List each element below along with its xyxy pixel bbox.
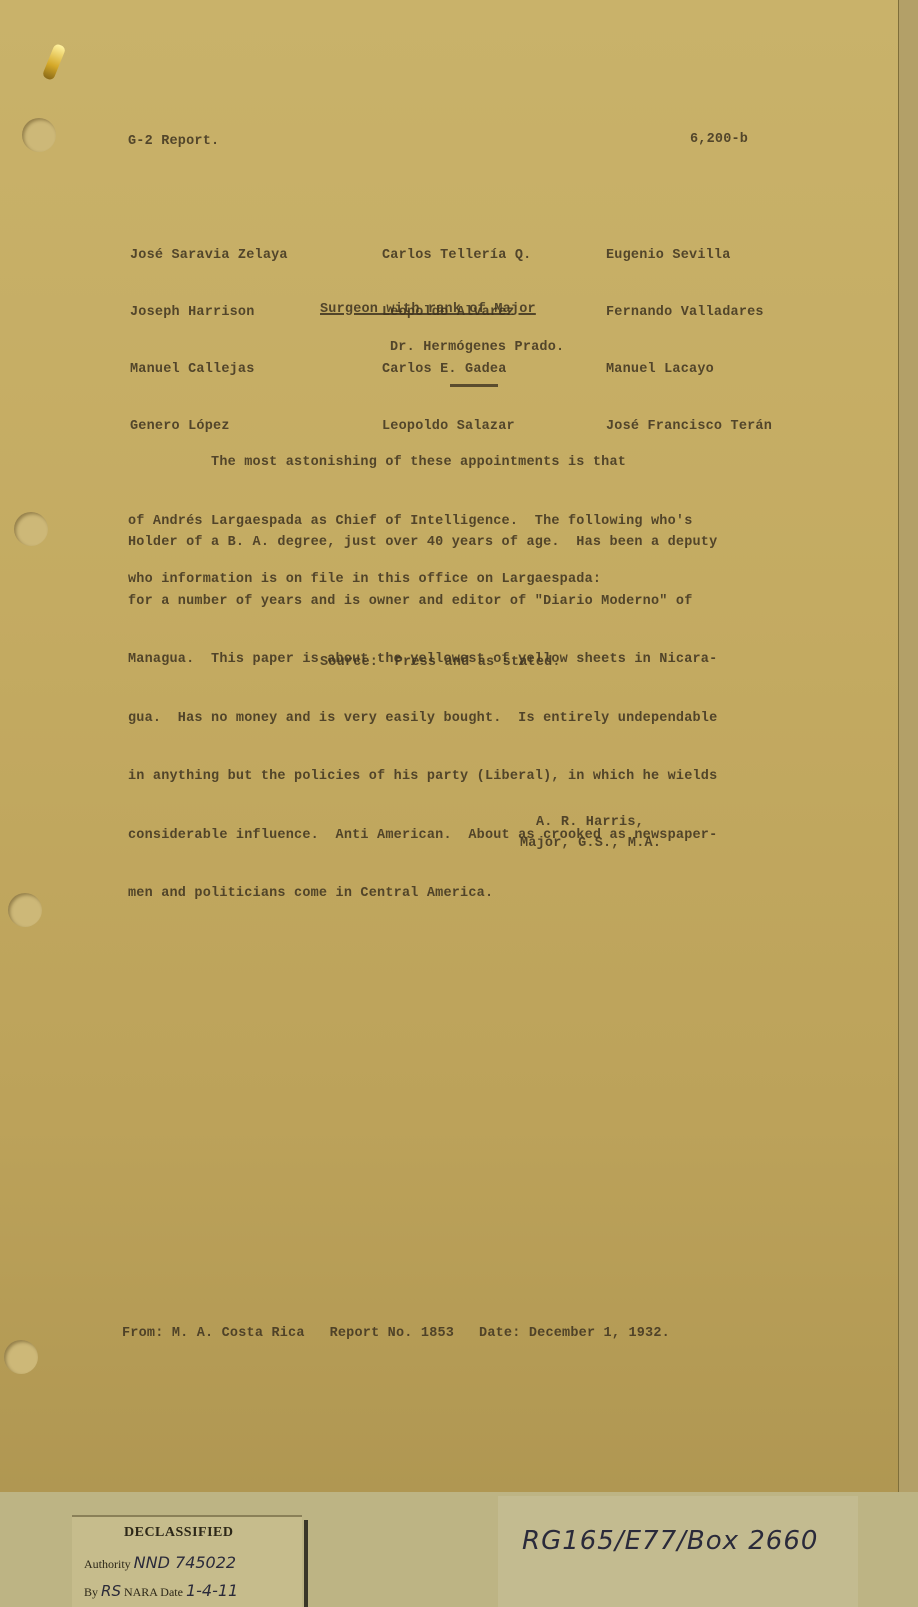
authority-label: Authority: [84, 1557, 131, 1571]
declassified-stamp: DECLASSIFIED Authority NND 745022 By RS …: [72, 1515, 302, 1607]
punch-hole-icon: [4, 1340, 38, 1374]
name-entry: Carlos E. Gadea: [382, 360, 531, 379]
punch-hole-icon: [8, 893, 42, 927]
stamp-by: By RS NARA Date 1-4-11: [84, 1581, 238, 1600]
authority-value: NND 745022: [134, 1553, 236, 1572]
source-line: Source: Press and as stated.: [320, 655, 561, 670]
text-line: in anything but the policies of his part…: [128, 767, 828, 787]
signature-name: A. R. Harris,: [536, 815, 644, 830]
separator-dash: [450, 384, 498, 387]
report-label: Report No.: [330, 1326, 413, 1341]
report-number: 1853: [421, 1326, 454, 1341]
by-label: By: [84, 1585, 98, 1599]
stamp-authority: Authority NND 745022: [84, 1553, 236, 1572]
signature-title: Major, G.S., M.A.: [520, 836, 661, 851]
footer-line: From: M. A. Costa Rica Report No. 1853 D…: [122, 1326, 670, 1341]
by-value: RS: [101, 1582, 121, 1600]
name-entry: José Saravia Zelaya: [130, 246, 288, 265]
name-entry: Fernando Valladares: [606, 303, 772, 322]
date-label: Date:: [479, 1326, 521, 1341]
from-label: From:: [122, 1326, 164, 1341]
date-value: December 1, 1932.: [529, 1326, 670, 1341]
name-entry: Joseph Harrison: [130, 303, 288, 322]
text-line: men and politicians come in Central Amer…: [128, 884, 828, 904]
surgeon-name: Dr. Hermógenes Prado.: [390, 340, 564, 355]
text-line: for a number of years and is owner and e…: [128, 592, 828, 612]
from-value: M. A. Costa Rica: [172, 1326, 305, 1341]
name-entry: Manuel Lacayo: [606, 360, 772, 379]
archive-reference: RG165/E77/Box 2660: [522, 1526, 818, 1556]
section-heading: Surgeon with rank of Major: [320, 302, 536, 317]
punch-hole-icon: [14, 512, 48, 546]
text-line: Holder of a B. A. degree, just over 40 y…: [128, 533, 828, 553]
text-line: considerable influence. Anti American. A…: [128, 826, 828, 846]
name-entry: Carlos Tellería Q.: [382, 246, 531, 265]
file-number: 6,200-b: [690, 132, 748, 147]
report-type: G-2 Report.: [128, 134, 219, 149]
name-entry: Eugenio Sevilla: [606, 246, 772, 265]
nara-date-value: 1-4-11: [186, 1581, 238, 1600]
name-entry: Manuel Callejas: [130, 360, 288, 379]
punch-hole-icon: [22, 118, 56, 152]
stamp-title: DECLASSIFIED: [124, 1525, 233, 1541]
text-line: The most astonishing of these appointmen…: [128, 453, 828, 473]
stamp-border-bar: [304, 1520, 308, 1607]
text-line: gua. Has no money and is very easily bou…: [128, 709, 828, 729]
page-edge: [898, 0, 918, 1500]
nara-date-label: NARA Date: [124, 1585, 183, 1599]
archive-label-card: RG165/E77/Box 2660: [498, 1496, 858, 1607]
paragraph-profile: Holder of a B. A. degree, just over 40 y…: [128, 494, 828, 923]
